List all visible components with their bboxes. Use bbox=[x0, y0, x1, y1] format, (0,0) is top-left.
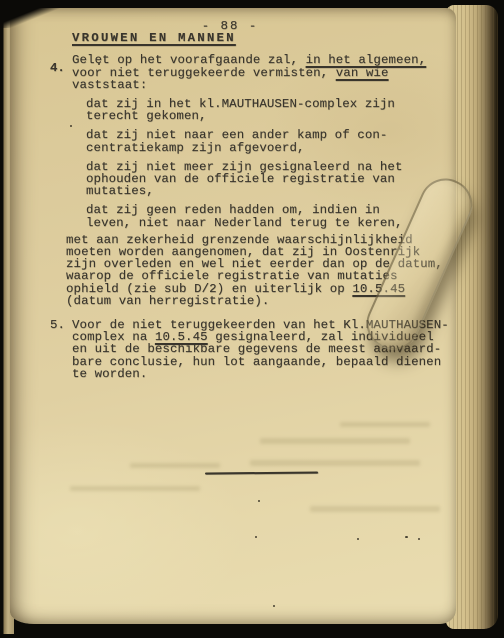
paper-speck bbox=[418, 538, 420, 540]
text-line: vaststaat: bbox=[72, 79, 450, 91]
paper-speck bbox=[70, 125, 72, 127]
bleed-through-mark bbox=[260, 438, 410, 444]
corner-shadow bbox=[0, 0, 70, 28]
text-line: centratiekamp zijn afgevoerd, bbox=[86, 142, 450, 154]
bleed-through-mark bbox=[340, 422, 430, 427]
text-line: voor niet teruggekeerde vermisten, van w… bbox=[72, 67, 450, 79]
bleed-through-mark bbox=[310, 506, 440, 512]
bleed-through-mark bbox=[250, 460, 420, 466]
bleed-through-mark bbox=[130, 463, 220, 468]
text-line: dat zij geen reden hadden om, indien in bbox=[86, 204, 450, 216]
paper-speck bbox=[258, 500, 260, 502]
text-line: leven, niet naar Nederland terug te kere… bbox=[86, 217, 450, 229]
clause-paragraph: dat zij niet meer zijn gesignaleerd na h… bbox=[86, 161, 450, 198]
bleed-through-mark bbox=[70, 486, 200, 491]
section-heading: VROUWEN EN MANNEN bbox=[72, 32, 450, 44]
paper-speck bbox=[357, 538, 359, 540]
paper-speck bbox=[98, 63, 100, 65]
underlined-text: van wie bbox=[336, 66, 389, 80]
paper-speck bbox=[273, 605, 275, 607]
clause-paragraph: dat zij niet naar een ander kamp of con-… bbox=[86, 129, 450, 153]
intro-paragraph: Gelet op het voorafgaande zal, in het al… bbox=[72, 54, 450, 91]
scanned-document-photo: - 88 - 4. VROUWEN EN MANNEN Gelet op het… bbox=[0, 0, 504, 638]
clause-paragraph: dat zij geen reden hadden om, indien in … bbox=[86, 204, 450, 228]
item-number: 4. bbox=[50, 62, 72, 74]
text-line: mutaties, bbox=[86, 185, 450, 197]
paper-speck bbox=[405, 536, 408, 538]
text-line: terecht gekomen, bbox=[86, 110, 450, 122]
paper-speck bbox=[255, 536, 257, 538]
clause-paragraph: dat zij in het kl.MAUTHAUSEN-complex zij… bbox=[86, 98, 450, 122]
text-line: te worden. bbox=[72, 368, 450, 380]
item-number: 5. bbox=[50, 319, 72, 331]
separator-line bbox=[205, 472, 318, 475]
text-line: dat zij niet naar een ander kamp of con- bbox=[86, 129, 450, 141]
